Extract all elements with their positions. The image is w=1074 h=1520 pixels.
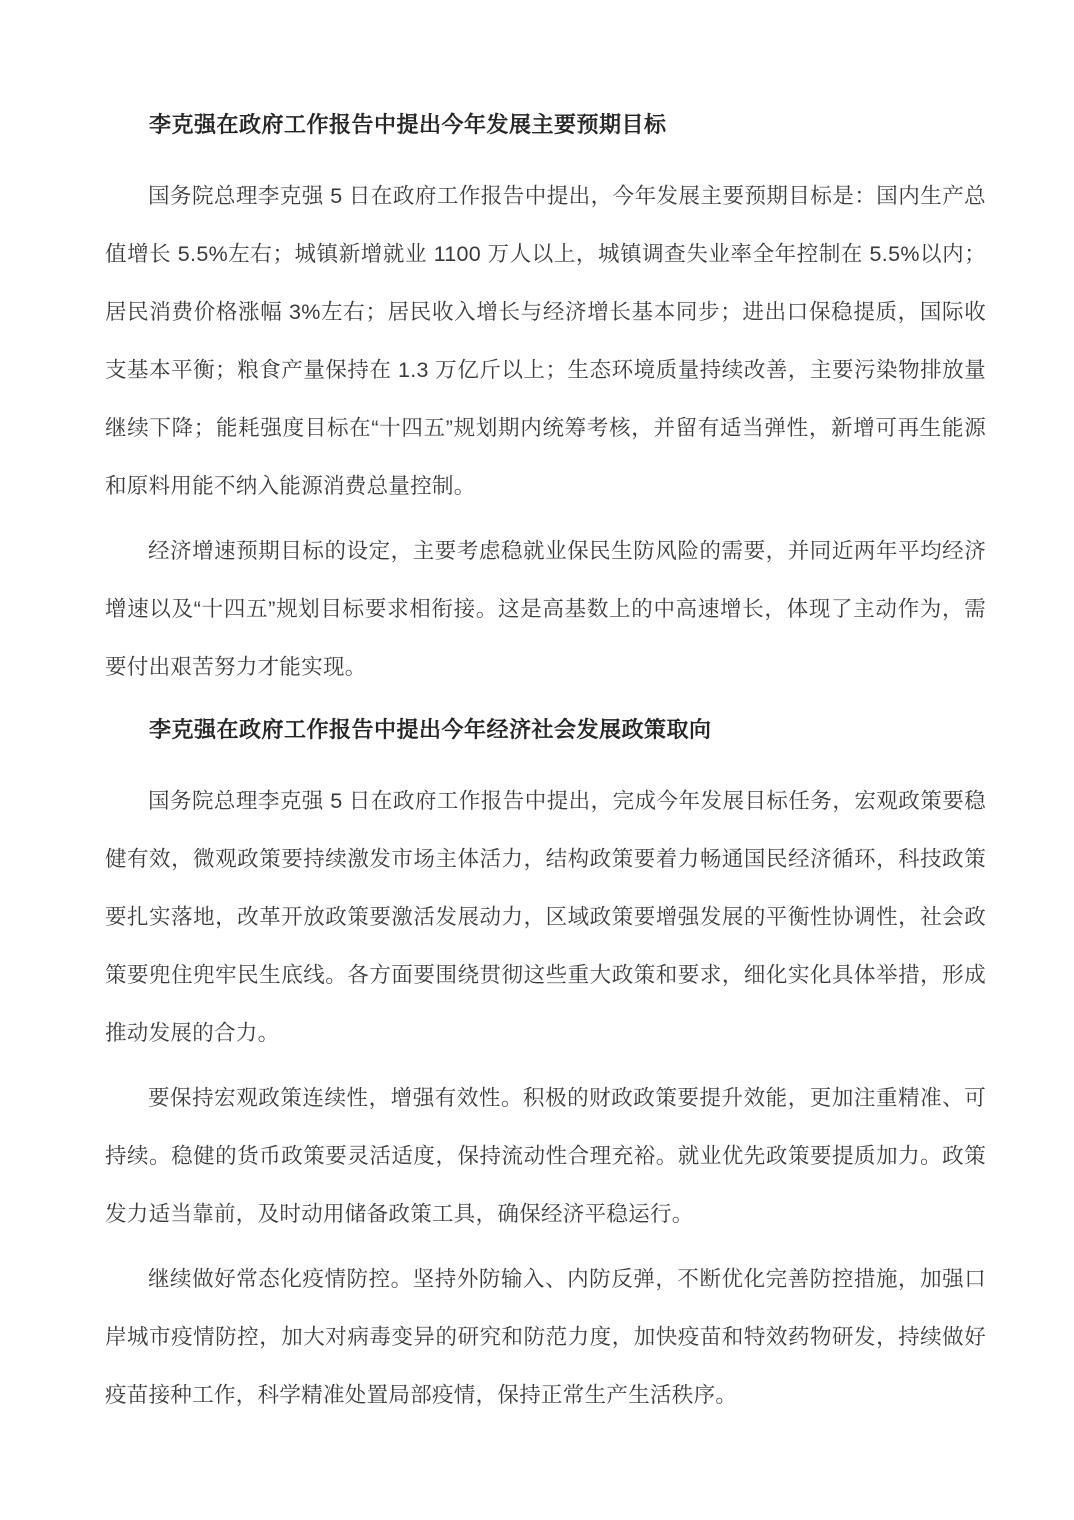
section-policy-orientation: 李克强在政府工作报告中提出今年经济社会发展政策取向 国务院总理李克强 5 日在政… xyxy=(105,714,986,1424)
paragraph-macro-policy-continuity: 要保持宏观政策连续性，增强有效性。积极的财政政策要提升效能，更加注重精准、可持续… xyxy=(105,1069,986,1243)
paragraph-growth-target-rationale: 经济增速预期目标的设定，主要考虑稳就业保民生防风险的需要，并同近两年平均经济增速… xyxy=(105,522,986,696)
section-development-targets: 李克强在政府工作报告中提出今年发展主要预期目标 国务院总理李克强 5 日在政府工… xyxy=(105,109,986,696)
document-page: 李克强在政府工作报告中提出今年发展主要预期目标 国务院总理李克强 5 日在政府工… xyxy=(0,0,1074,1520)
paragraph-targets-overview: 国务院总理李克强 5 日在政府工作报告中提出，今年发展主要预期目标是：国内生产总… xyxy=(105,167,986,515)
paragraph-policy-overview: 国务院总理李克强 5 日在政府工作报告中提出，完成今年发展目标任务，宏观政策要稳… xyxy=(105,772,986,1062)
section-heading-development-targets: 李克强在政府工作报告中提出今年发展主要预期目标 xyxy=(105,109,986,140)
section-heading-policy-orientation: 李克强在政府工作报告中提出今年经济社会发展政策取向 xyxy=(105,714,986,745)
paragraph-pandemic-control: 继续做好常态化疫情防控。坚持外防输入、内防反弹，不断优化完善防控措施，加强口岸城… xyxy=(105,1250,986,1424)
